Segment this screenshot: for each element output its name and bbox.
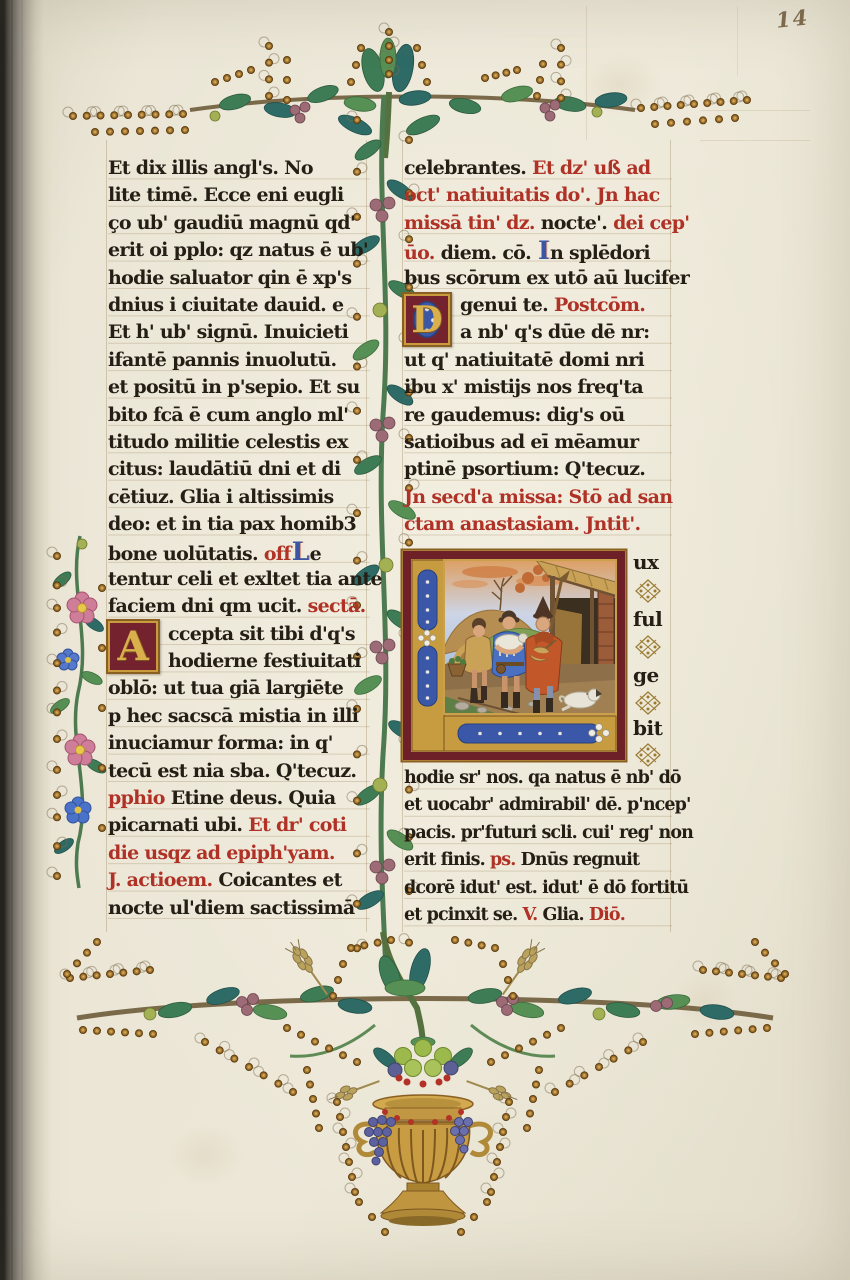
manuscript-page: 14 bbox=[0, 0, 850, 1280]
text-line: deo: et in tia pax homib3 bbox=[108, 511, 370, 538]
rubric-text: ctam anastasiam. Jntit'. bbox=[404, 513, 640, 535]
text-line: Jn secd'a missa: Stō ad san bbox=[404, 484, 672, 511]
folio-number: 14 bbox=[775, 4, 811, 32]
body-text: picarnati ubi. bbox=[108, 814, 248, 836]
rubric-text: sectā. bbox=[308, 595, 366, 617]
text-line: ut q' natiuitatē domi nri bbox=[404, 347, 672, 374]
body-text: inuciamur forma: in q' bbox=[108, 732, 333, 754]
text-fragment: ux bbox=[633, 550, 673, 574]
body-text: celebrantes. bbox=[404, 157, 532, 179]
rubric-text: Postcōm. bbox=[554, 294, 645, 316]
rubric-text: off bbox=[264, 543, 291, 565]
text-fragment: ge bbox=[633, 663, 673, 687]
body-text: satioibus ad eī mēamur bbox=[404, 431, 638, 453]
body-text: e bbox=[310, 543, 321, 565]
body-text: hodie sr' nos. qa natus ē nb' dō bbox=[404, 768, 681, 788]
initial-letter: D bbox=[411, 299, 442, 341]
body-text: citus: laudātiū dni et di bbox=[108, 458, 340, 480]
text-line: erit oi pplo: qz natus ē ub' bbox=[108, 237, 370, 264]
text-line: satioibus ad eī mēamur bbox=[404, 429, 672, 456]
body-text: Glia. bbox=[543, 905, 589, 925]
blue-flower bbox=[65, 797, 91, 823]
rubric-text: dei cep' bbox=[613, 212, 689, 234]
text-fragment: ful bbox=[633, 607, 673, 631]
text-line: cētiuz. Glia i altissimis bbox=[108, 484, 370, 511]
bottom-border-ornament bbox=[55, 930, 795, 1275]
text-line: hodie saluator qin ē xp's bbox=[108, 265, 370, 292]
miniature-scene bbox=[444, 560, 616, 714]
text-line: missā tin' dz. nocte'. dei cep' bbox=[404, 210, 672, 237]
illuminated-initial-D: D bbox=[402, 292, 452, 347]
blue-flower bbox=[57, 649, 79, 670]
text-line: picarnati ubi. Et dr' coti bbox=[108, 812, 370, 839]
text-line: re gaudemus: dig's oū bbox=[404, 402, 672, 429]
illuminated-initial-A: A bbox=[106, 619, 160, 674]
body-text: Dnūs regnuit bbox=[521, 850, 640, 870]
body-text: faciem dni qm ucit. bbox=[108, 595, 308, 617]
body-text: titudo militie celestis ex bbox=[108, 431, 348, 453]
body-text: et pcinxit se. bbox=[404, 905, 523, 925]
rubric-text: J. actioem. bbox=[108, 869, 218, 891]
body-text: dcorē idut' est. idut' ē dō fortitū bbox=[404, 878, 688, 898]
body-text: p hec sacscā mistia in illi bbox=[108, 705, 358, 727]
text-line: et pcinxit se. V. Glia. Diō. bbox=[404, 902, 672, 929]
rubric-text: oct' natiuitatis do'. Jn hac bbox=[404, 184, 660, 206]
text-line: pphio Etine deus. Quia bbox=[108, 785, 370, 812]
body-text: Coicantes et bbox=[218, 869, 341, 891]
body-text: Etine deus. Quia bbox=[171, 787, 336, 809]
body-text: ptinē psortium: Q'tecuz. bbox=[404, 458, 645, 480]
body-text: ccepta sit tibi d'q's bbox=[168, 623, 355, 645]
rubric-text: pphio bbox=[108, 787, 171, 809]
body-text: tecū est nia sba. Q'tecuz. bbox=[108, 760, 356, 782]
text-line: bus scōrum ex utō aū lucifer bbox=[404, 265, 672, 292]
text-line: p hec sacscā mistia in illi bbox=[108, 703, 370, 730]
body-text: erit oi pplo: qz natus ē ub' bbox=[108, 239, 368, 261]
text-line: ūo. diem. cō. In splēdori bbox=[404, 237, 672, 264]
right-text-column-bottom: hodie sr' nos. qa natus ē nb' dōet uocab… bbox=[404, 765, 672, 929]
text-line: titudo militie celestis ex bbox=[108, 429, 370, 456]
text-line: ço ub' gaudiū magnū qd' bbox=[108, 210, 370, 237]
body-text: et uocabr' admirabil' dē. p'ncep' bbox=[404, 795, 690, 815]
text-line: oct' natiuitatis do'. Jn hac bbox=[404, 182, 672, 209]
text-line: nocte ul'diem sactissimā bbox=[108, 895, 370, 922]
body-text: ifantē pannis inuolutū. bbox=[108, 349, 336, 371]
body-text: oblō: ut tua giā largiēte bbox=[108, 677, 343, 699]
body-text: bito fcā ē cum anglo ml' bbox=[108, 404, 348, 426]
text-line: ibu x' mistijs nos freq'ta bbox=[404, 374, 672, 401]
text-line: citus: laudātiū dni et di bbox=[108, 456, 370, 483]
line-filler-ornament bbox=[630, 742, 666, 768]
wheat-ear bbox=[496, 938, 546, 1000]
body-text: genui te. bbox=[460, 294, 554, 316]
gutter-crease bbox=[11, 0, 13, 1280]
body-text: ut q' natiuitatē domi nri bbox=[404, 349, 644, 371]
rubric-text: ps. bbox=[490, 850, 521, 870]
book-gutter-shadow bbox=[0, 0, 52, 1280]
text-line: Et h' ub' signū. Inuicieti bbox=[108, 319, 370, 346]
text-line: Et dix illis angl's. No bbox=[108, 155, 370, 182]
body-text: ço ub' gaudiū magnū qd' bbox=[108, 212, 355, 234]
body-text: re gaudemus: dig's oū bbox=[404, 404, 624, 426]
text-line: J. actioem. Coicantes et bbox=[108, 867, 370, 894]
gutter-crease bbox=[21, 0, 23, 1280]
body-text: dnius i ciuitate dauid. e bbox=[108, 294, 343, 316]
body-text: erit finis. bbox=[404, 850, 490, 870]
text-line: dnius i ciuitate dauid. e bbox=[108, 292, 370, 319]
body-text: cētiuz. Glia i altissimis bbox=[108, 486, 334, 508]
body-text: diem. cō. bbox=[441, 242, 537, 264]
text-line: erit finis. ps. Dnūs regnuit bbox=[404, 847, 672, 874]
text-line: faciem dni qm ucit. sectā. bbox=[108, 593, 370, 620]
body-text: bone uolūtatis. bbox=[108, 543, 264, 565]
miniature-initial-L bbox=[400, 548, 628, 763]
rubric-text: missā tin' dz. bbox=[404, 212, 541, 234]
initial-letter: A bbox=[117, 623, 148, 670]
text-line: tentur celi et exltet tia ante bbox=[108, 566, 370, 593]
body-text: tentur celi et exltet tia ante bbox=[108, 568, 382, 590]
line-filler-ornament bbox=[630, 634, 666, 660]
body-text: bus scōrum ex utō aū lucifer bbox=[404, 267, 689, 289]
rubric-text: Et dz' uß ad bbox=[532, 157, 650, 179]
body-text: nocte'. bbox=[541, 212, 613, 234]
left-floral-border bbox=[48, 528, 110, 888]
text-line: et positū in p'sepio. Et su bbox=[108, 374, 370, 401]
rubric-text: V. bbox=[523, 905, 543, 925]
text-line: bito fcā ē cum anglo ml' bbox=[108, 402, 370, 429]
rubric-text: ūo. bbox=[404, 242, 441, 264]
rubric-text: die usqz ad epiph'yam. bbox=[108, 842, 335, 864]
lombard-initial: L bbox=[291, 537, 310, 566]
body-text: a nb' q's dūe dē nr: bbox=[460, 321, 650, 343]
text-fragment: bit bbox=[633, 716, 673, 740]
body-text: et positū in p'sepio. Et su bbox=[108, 376, 360, 398]
body-text: hodierne festiuitati bbox=[168, 650, 361, 672]
lombard-initial: I bbox=[537, 236, 550, 265]
text-line: hodie sr' nos. qa natus ē nb' dō bbox=[404, 765, 672, 792]
pink-rose bbox=[67, 592, 97, 623]
text-line: inuciamur forma: in q' bbox=[108, 730, 370, 757]
text-line: et uocabr' admirabil' dē. p'ncep' bbox=[404, 792, 672, 819]
text-line: oblō: ut tua giā largiēte bbox=[108, 675, 370, 702]
rubric-text: Et dr' coti bbox=[248, 814, 346, 836]
body-text: hodie saluator qin ē xp's bbox=[108, 267, 351, 289]
text-line: bone uolūtatis. offLe bbox=[108, 538, 370, 565]
line-filler-ornament bbox=[630, 690, 666, 716]
body-text: deo: et in tia pax homib3 bbox=[108, 513, 356, 535]
line-filler-ornament bbox=[630, 578, 666, 604]
text-line: ifantē pannis inuolutū. bbox=[108, 347, 370, 374]
text-line: pacis. pr'futuri scli. cui' reg' non bbox=[404, 820, 672, 847]
body-text: Et dix illis angl's. No bbox=[108, 157, 313, 179]
fruit-cluster bbox=[370, 1037, 475, 1088]
rubric-text: Diō. bbox=[589, 905, 625, 925]
rubric-text: Jn secd'a missa: Stō ad san bbox=[404, 486, 672, 508]
text-line: ptinē psortium: Q'tecuz. bbox=[404, 456, 672, 483]
text-line: tecū est nia sba. Q'tecuz. bbox=[108, 758, 370, 785]
text-line: die usqz ad epiph'yam. bbox=[108, 840, 370, 867]
left-text-column: Et dix illis angl's. Nolite timē. Ecce e… bbox=[108, 155, 370, 922]
body-text: Et h' ub' signū. Inuicieti bbox=[108, 321, 348, 343]
body-text: nocte ul'diem sactissimā bbox=[108, 897, 355, 919]
body-text: ibu x' mistijs nos freq'ta bbox=[404, 376, 643, 398]
text-line: lite timē. Ecce eni eugli bbox=[108, 182, 370, 209]
text-line: celebrantes. Et dz' uß ad bbox=[404, 155, 672, 182]
body-text: lite timē. Ecce eni eugli bbox=[108, 184, 344, 206]
text-line: ctam anastasiam. Jntit'. bbox=[404, 511, 672, 538]
text-line: dcorē idut' est. idut' ē dō fortitū bbox=[404, 875, 672, 902]
body-text: n splēdori bbox=[550, 242, 650, 264]
body-text: pacis. pr'futuri scli. cui' reg' non bbox=[404, 823, 693, 843]
pink-rose bbox=[65, 734, 95, 765]
